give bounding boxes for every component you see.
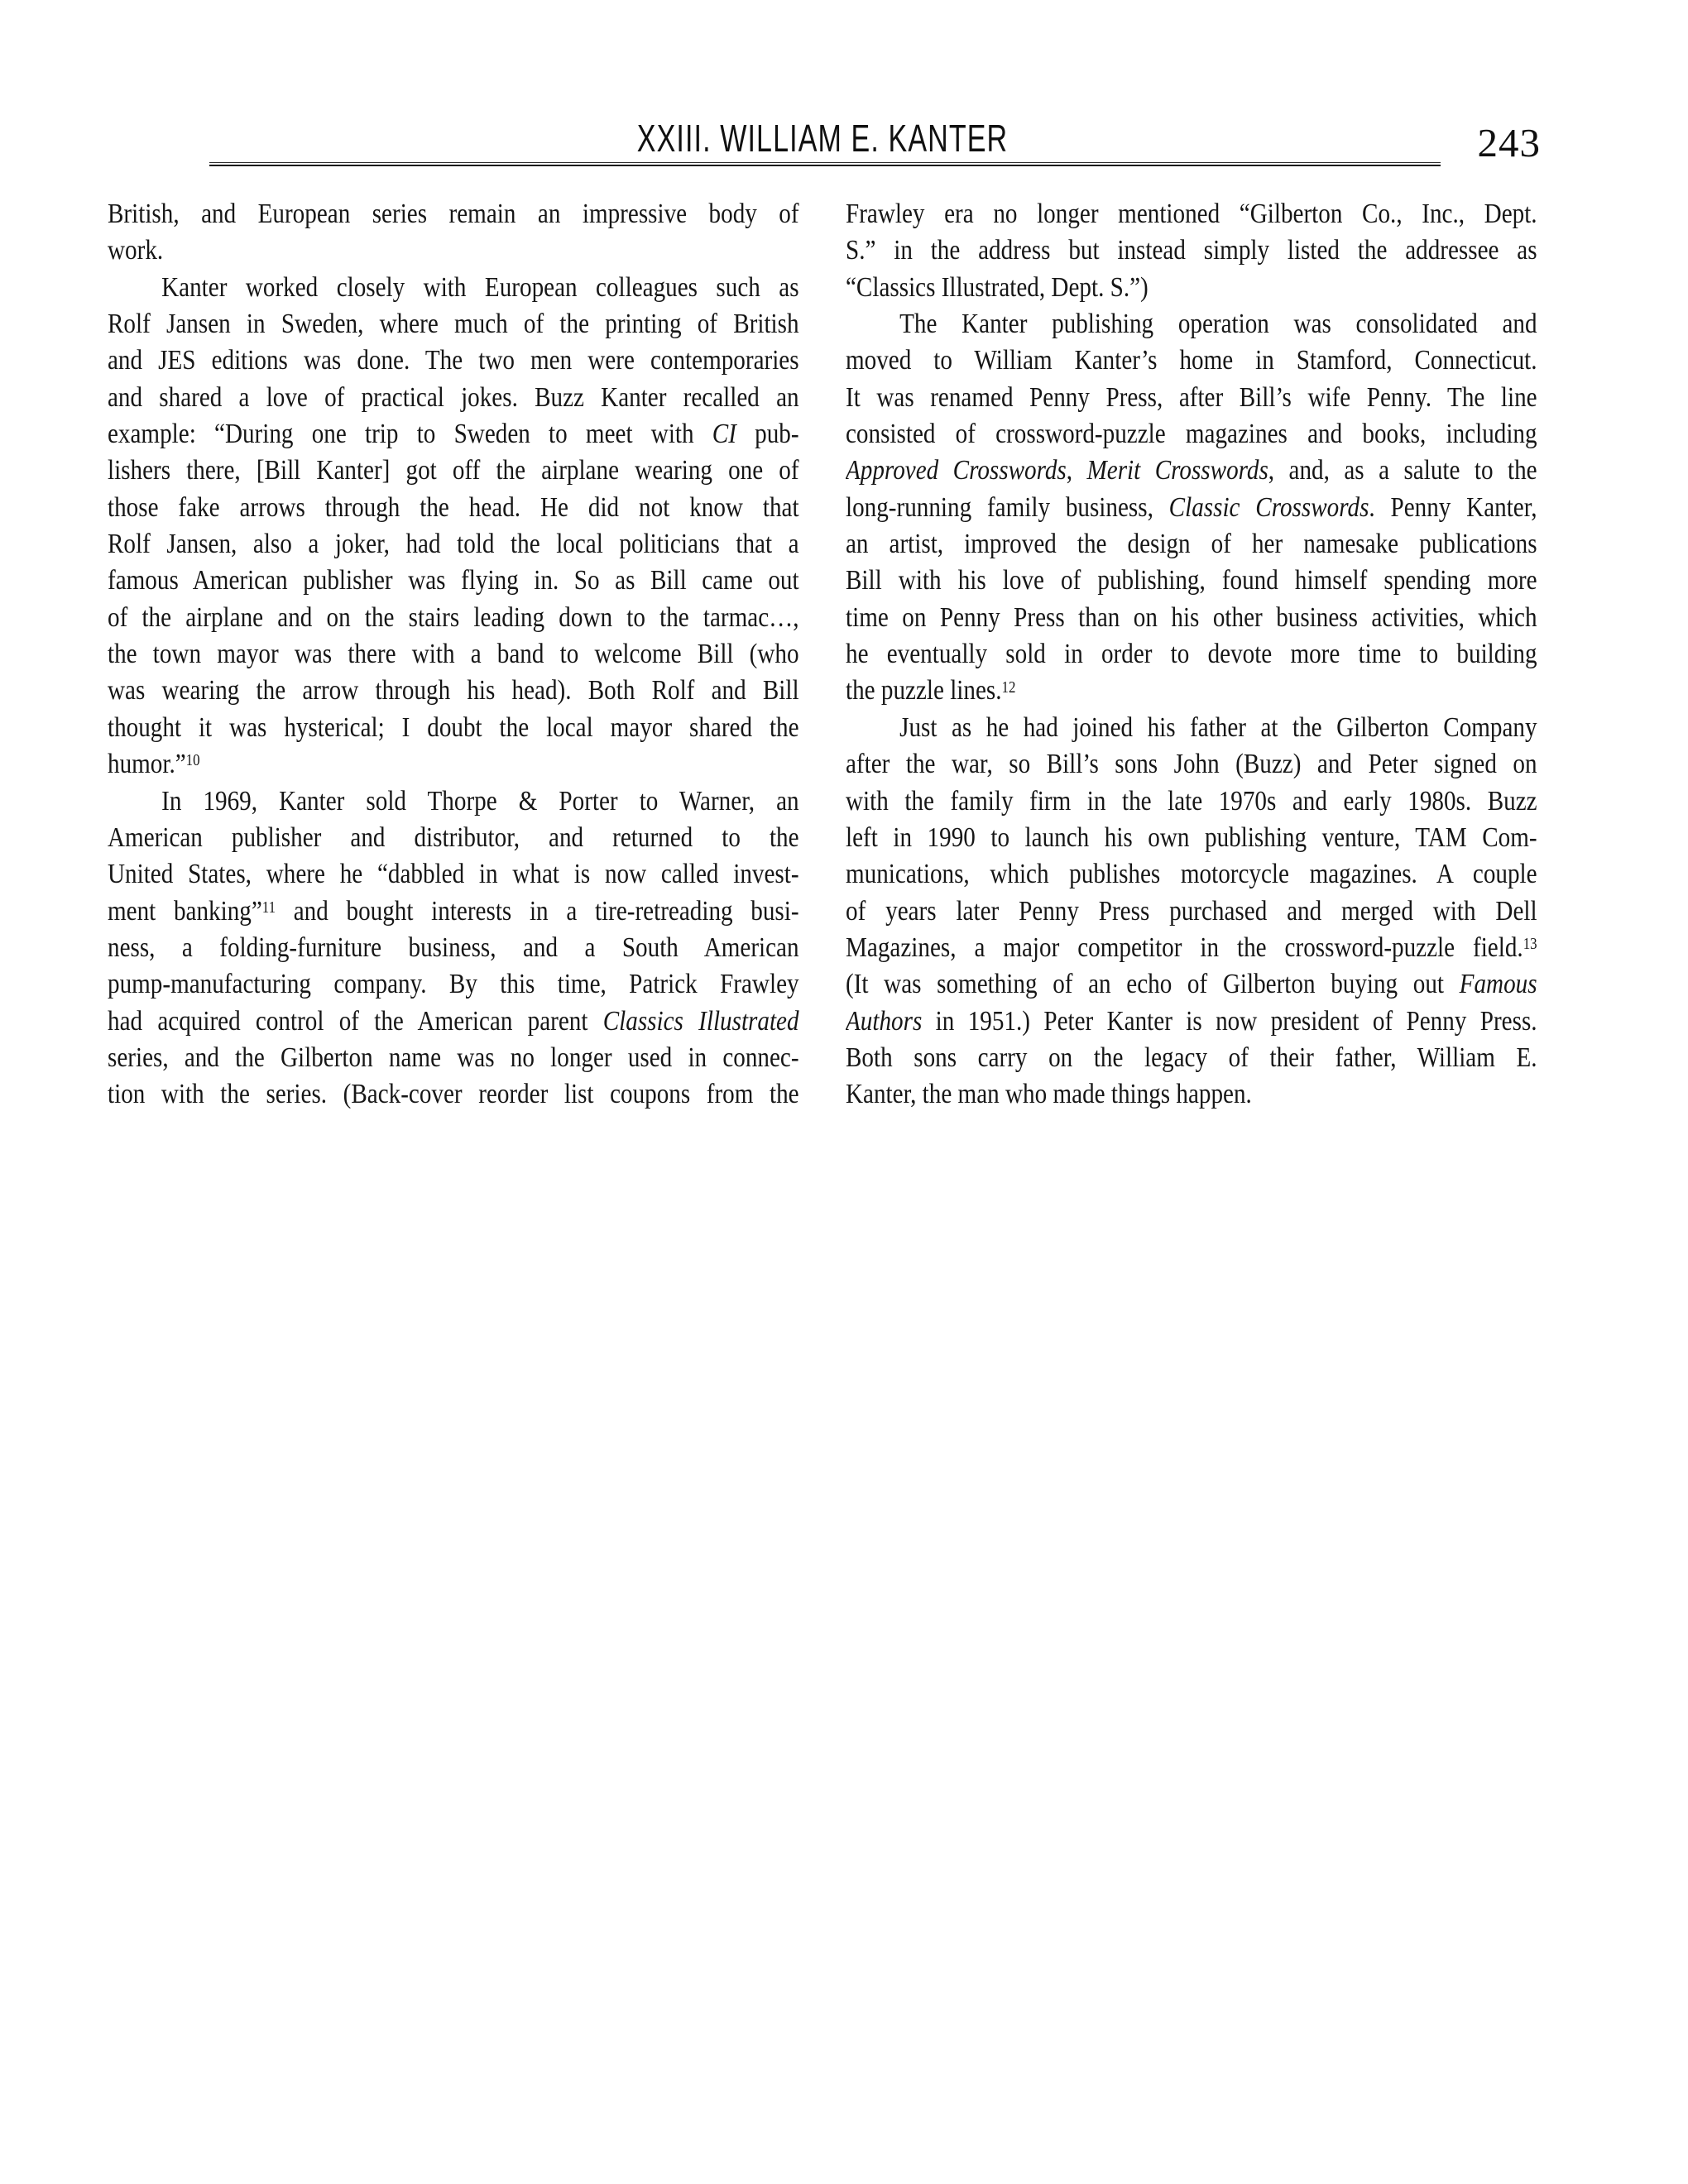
text-line: humor.”10 bbox=[108, 746, 799, 783]
text-line: munications, which publishes motorcycle … bbox=[846, 856, 1537, 893]
text-line: left in 1990 to launch his own publishin… bbox=[846, 820, 1537, 856]
text-line: British, and European series remain an i… bbox=[108, 196, 799, 232]
right-column: Frawley era no longer mentioned “Gilbert… bbox=[846, 196, 1537, 1114]
footnote-ref: 10 bbox=[186, 751, 200, 769]
text-line: the puzzle lines.12 bbox=[846, 673, 1537, 709]
text-line: It was renamed Penny Press, after Bill’s… bbox=[846, 380, 1537, 416]
text-line: series, and the Gilberton name was no lo… bbox=[108, 1040, 799, 1076]
text-line: an artist, improved the design of her na… bbox=[846, 526, 1537, 563]
text-line: famous American publisher was flying in.… bbox=[108, 563, 799, 599]
text-line: ness, a folding-furniture business, and … bbox=[108, 930, 799, 966]
text-line: example: “During one trip to Sweden to m… bbox=[108, 416, 799, 453]
text-line: after the war, so Bill’s sons John (Buzz… bbox=[846, 746, 1537, 783]
text-line: long-running family business, Classic Cr… bbox=[846, 490, 1537, 526]
text-line: the town mayor was there with a band to … bbox=[108, 636, 799, 673]
text-line: In 1969, Kanter sold Thorpe & Porter to … bbox=[108, 783, 799, 820]
text-line: United States, where he “dabbled in what… bbox=[108, 856, 799, 893]
text-line: Rolf Jansen in Sweden, where much of the… bbox=[108, 306, 799, 342]
text-line: time on Penny Press than on his other bu… bbox=[846, 600, 1537, 636]
text-line: Rolf Jansen, also a joker, had told the … bbox=[108, 526, 799, 563]
text-line: work. bbox=[108, 232, 799, 269]
text-line: Just as he had joined his father at the … bbox=[846, 710, 1537, 746]
text-line: Bill with his love of publishing, found … bbox=[846, 563, 1537, 599]
text-line: consisted of crossword-puzzle magazines … bbox=[846, 416, 1537, 453]
text-line: Approved Crosswords, Merit Crosswords, a… bbox=[846, 453, 1537, 489]
page-number: 243 bbox=[108, 119, 1541, 166]
text-line: moved to William Kanter’s home in Stamfo… bbox=[846, 342, 1537, 379]
text-line: pump-manufacturing company. By this time… bbox=[108, 966, 799, 1003]
footnote-ref: 12 bbox=[1002, 678, 1016, 697]
header-rule bbox=[209, 162, 1441, 166]
footnote-ref: 13 bbox=[1523, 935, 1537, 953]
text-line: thought it was hysterical; I doubt the l… bbox=[108, 710, 799, 746]
text-line: American publisher and distributor, and … bbox=[108, 820, 799, 856]
text-line: with the family firm in the late 1970s a… bbox=[846, 783, 1537, 820]
text-line: Magazines, a major competitor in the cro… bbox=[846, 930, 1537, 966]
text-line: tion with the series. (Back-cover reorde… bbox=[108, 1076, 799, 1113]
text-line: had acquired control of the American par… bbox=[108, 1003, 799, 1040]
text-line: and shared a love of practical jokes. Bu… bbox=[108, 380, 799, 416]
text-line: of the airplane and on the stairs leadin… bbox=[108, 600, 799, 636]
text-line: The Kanter publishing operation was cons… bbox=[846, 306, 1537, 342]
text-line: and JES editions was done. The two men w… bbox=[108, 342, 799, 379]
text-line: Kanter worked closely with European coll… bbox=[108, 270, 799, 306]
text-line: Kanter, the man who made things happen. bbox=[846, 1076, 1537, 1113]
text-line: those fake arrows through the head. He d… bbox=[108, 490, 799, 526]
text-line: Both sons carry on the legacy of their f… bbox=[846, 1040, 1537, 1076]
footnote-ref: 11 bbox=[262, 898, 276, 917]
left-column: British, and European series remain an i… bbox=[108, 196, 799, 1114]
text-line: Authors in 1951.) Peter Kanter is now pr… bbox=[846, 1003, 1537, 1040]
text-line: he eventually sold in order to devote mo… bbox=[846, 636, 1537, 673]
text-line: S.” in the address but instead simply li… bbox=[846, 232, 1537, 269]
text-line: (It was something of an echo of Gilberto… bbox=[846, 966, 1537, 1003]
text-line: ment banking”11 and bought interests in … bbox=[108, 893, 799, 930]
text-line: of years later Penny Press purchased and… bbox=[846, 893, 1537, 930]
text-line: “Classics Illustrated, Dept. S.”) bbox=[846, 270, 1537, 306]
text-line: Frawley era no longer mentioned “Gilbert… bbox=[846, 196, 1537, 232]
text-line: lishers there, [Bill Kanter] got off the… bbox=[108, 453, 799, 489]
text-line: was wearing the arrow through his head).… bbox=[108, 673, 799, 709]
